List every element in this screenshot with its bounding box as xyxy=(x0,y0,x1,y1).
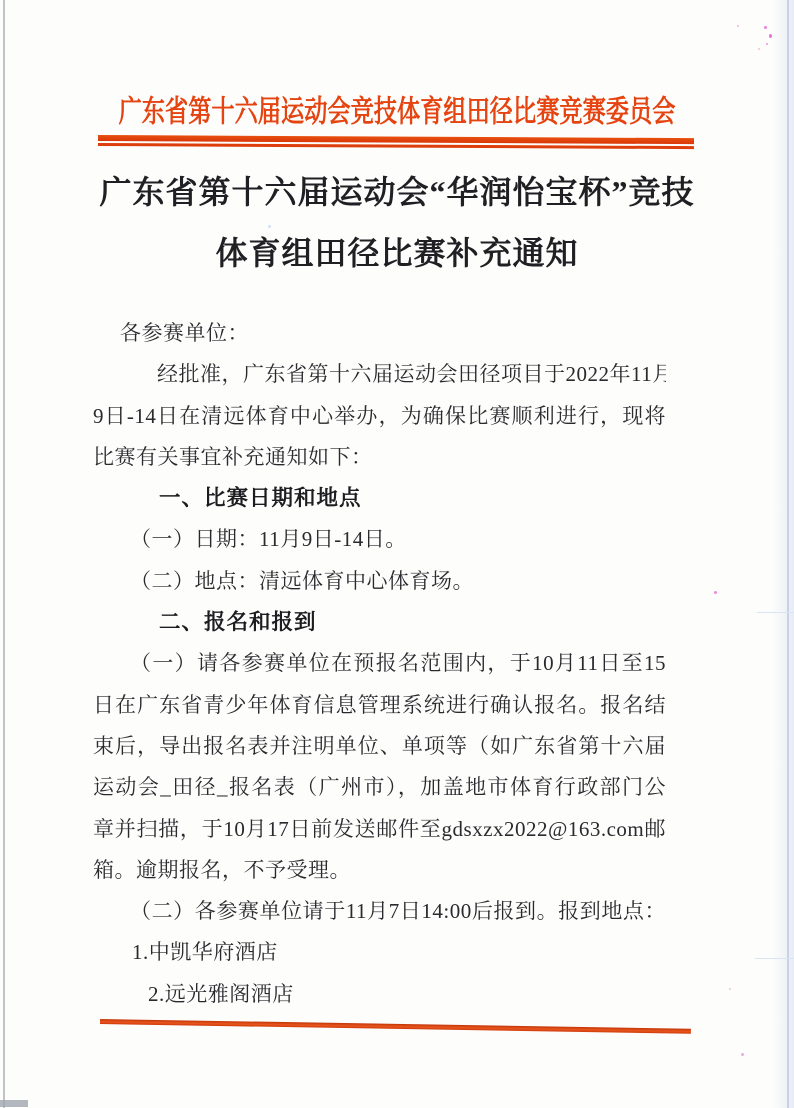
section-heading: 一、比赛日期和地点 xyxy=(93,478,666,519)
scan-edge-right-band xyxy=(772,0,794,1108)
paragraph-line: 章并扫描，于10月17日前发送邮件至gdsxzx2022@163.com邮 xyxy=(93,809,666,850)
paragraph-line: 束后，导出报名表并注明单位、单项等（如广东省第十六届 xyxy=(93,726,666,767)
section-heading: 二、报名和报到 xyxy=(93,602,666,643)
scan-corner-smudge xyxy=(0,1100,28,1107)
scan-speck xyxy=(769,34,772,38)
paragraph-last-line: 箱。逾期报名，不予受理。 xyxy=(93,850,666,891)
scan-faint-line xyxy=(757,612,794,613)
scan-speck xyxy=(764,26,767,29)
paragraph-line: 运动会_田径_报名表（广州市），加盖地市体育行政部门公 xyxy=(93,767,666,808)
scan-edge-left xyxy=(3,0,5,1108)
numbered-item: （二）地点：清远体育中心体育场。 xyxy=(93,561,666,602)
notice-title-line2: 体育组田径比赛补充通知 xyxy=(0,234,794,272)
scan-speck xyxy=(729,988,731,990)
paragraph-first-line: 经批准，广东省第十六届运动会田径项目于2022年11月 xyxy=(93,354,666,395)
scan-speck xyxy=(741,1053,744,1056)
scan-edge-right-line xyxy=(787,0,789,1108)
salutation-line: 各参赛单位： xyxy=(93,313,666,354)
paragraph-line: 9日-14日在清远体育中心举办，为确保比赛顺利进行，现将 xyxy=(93,396,666,437)
scan-speck xyxy=(737,25,739,27)
scan-faint-line xyxy=(755,958,794,959)
numbered-item: （二）各参赛单位请于11月7日14:00后报到。报到地点： xyxy=(93,891,666,932)
paragraph-line: 日在广东省青少年体育信息管理系统进行确认报名。报名结 xyxy=(93,685,666,726)
committee-header-text: 广东省第十六届运动会竞技体育组田径比赛竞赛委员会 xyxy=(119,94,676,129)
bottom-divider xyxy=(100,1019,691,1034)
scanned-notice-page: 广东省第十六届运动会竞技体育组田径比赛竞赛委员会 广东省第十六届运动会“华润怡宝… xyxy=(0,0,794,1108)
body-text: 各参赛单位：经批准，广东省第十六届运动会田径项目于2022年11月9日-14日在… xyxy=(93,313,666,1015)
numbered-item: （一）日期：11月9日-14日。 xyxy=(93,519,666,560)
numbered-item: （一）请各参赛单位在预报名范围内，于10月11日至15 xyxy=(93,643,666,684)
hotel-item: 2.远光雅阁酒店 xyxy=(93,974,666,1015)
scan-speck xyxy=(758,48,760,50)
header-divider xyxy=(98,135,694,149)
committee-header: 广东省第十六届运动会竞技体育组田径比赛竞赛委员会 xyxy=(0,95,794,134)
notice-title-line1: 广东省第十六届运动会“华润怡宝杯”竞技 xyxy=(0,173,794,211)
scan-speck xyxy=(714,591,717,594)
hotel-item: 1.中凯华府酒店 xyxy=(93,932,666,973)
paragraph-last-line: 比赛有关事宜补充通知如下： xyxy=(93,437,666,478)
scan-speck xyxy=(766,43,768,45)
scan-speck xyxy=(268,225,271,228)
